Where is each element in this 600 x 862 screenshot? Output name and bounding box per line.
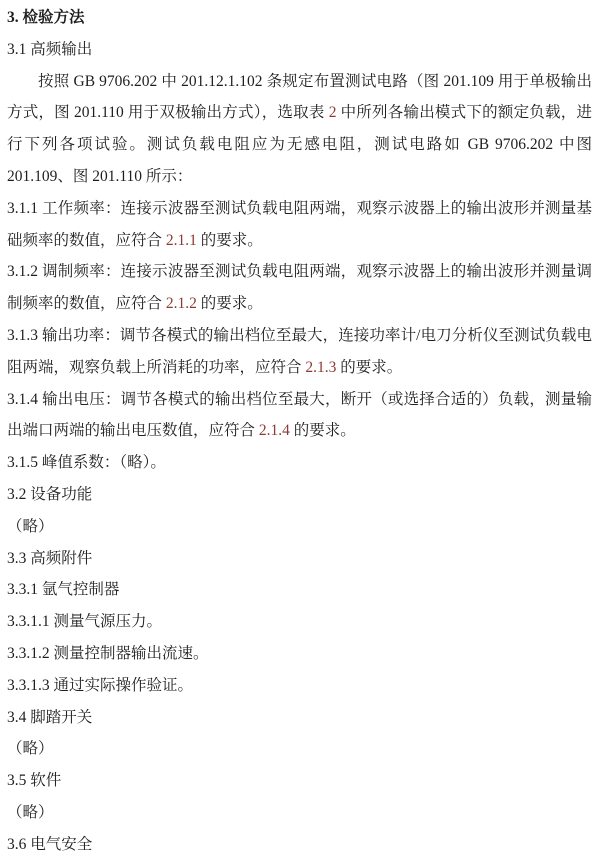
text-segment: 3.3 高频附件 [7, 550, 92, 567]
text-segment: 的要求。 [197, 295, 263, 312]
heading-3-5: 3.5 软件 [7, 765, 592, 797]
text-segment: 3.3.1.3 通过实际操作验证。 [7, 677, 193, 694]
text-segment: 3.4 脚踏开关 [7, 709, 92, 726]
para-test-circuit: 按照 GB 9706.202 中 201.12.1.102 条规定布置测试电路（… [7, 66, 592, 193]
clause-reference: 2.1.2 [166, 295, 197, 312]
heading-3-3: 3.3 高频附件 [7, 543, 592, 575]
text-segment: （略） [7, 804, 54, 821]
text-segment: 3.1.1 工作频率：连接示波器至测试负载电阻两端，观察示波器上的输出波形并测量… [7, 200, 592, 249]
omitted-note-3: （略） [7, 797, 592, 829]
document-page: 3. 检验方法3.1 高频输出按照 GB 9706.202 中 201.12.1… [0, 0, 600, 862]
text-segment: 3.1 高频输出 [7, 41, 92, 58]
text-segment: 的要求。 [336, 359, 402, 376]
heading-3-3-1: 3.3.1 氩气控制器 [7, 574, 592, 606]
para-3-1-4: 3.1.4 输出电压：调节各模式的输出档位至最大，断开（或选择合适的）负载，测量… [7, 384, 592, 448]
text-segment: 3. 检验方法 [7, 9, 85, 26]
text-segment: 的要求。 [290, 422, 356, 439]
text-segment: （略） [7, 740, 54, 757]
text-segment: 3.1.5 峰值系数：（略）。 [7, 454, 166, 471]
para-3-1-2: 3.1.2 调制频率：连接示波器至测试负载电阻两端，观察示波器上的输出波形并测量… [7, 256, 592, 320]
text-segment: （略） [7, 518, 54, 535]
text-segment: 3.3.1.1 测量气源压力。 [7, 613, 162, 630]
para-3-3-1-1: 3.3.1.1 测量气源压力。 [7, 606, 592, 638]
text-segment: 3.6 电气安全 [7, 836, 92, 853]
text-segment: 3.3.1 氩气控制器 [7, 581, 119, 598]
para-3-1-3: 3.1.3 输出功率：调节各模式的输出档位至最大，连接功率计/电刀分析仪至测试负… [7, 320, 592, 384]
document-body: 3. 检验方法3.1 高频输出按照 GB 9706.202 中 201.12.1… [7, 2, 592, 861]
heading-3-6: 3.6 电气安全 [7, 829, 592, 861]
heading-3-4: 3.4 脚踏开关 [7, 702, 592, 734]
heading-3-2: 3.2 设备功能 [7, 479, 592, 511]
text-segment: 3.1.3 输出功率：调节各模式的输出档位至最大，连接功率计/电刀分析仪至测试负… [7, 327, 592, 376]
omitted-note-2: （略） [7, 733, 592, 765]
omitted-note-1: （略） [7, 511, 592, 543]
clause-reference: 2.1.4 [259, 422, 290, 439]
text-segment: 3.5 软件 [7, 772, 61, 789]
text-segment: 的要求。 [197, 232, 263, 249]
heading-section-3: 3. 检验方法 [7, 2, 592, 34]
para-3-1-5: 3.1.5 峰值系数：（略）。 [7, 447, 592, 479]
text-segment: 3.1.2 调制频率：连接示波器至测试负载电阻两端，观察示波器上的输出波形并测量… [7, 263, 592, 312]
heading-3-1: 3.1 高频输出 [7, 34, 592, 66]
para-3-3-1-3: 3.3.1.3 通过实际操作验证。 [7, 670, 592, 702]
clause-reference: 2.1.1 [166, 232, 197, 249]
para-3-3-1-2: 3.3.1.2 测量控制器输出流速。 [7, 638, 592, 670]
clause-reference: 2.1.3 [305, 359, 336, 376]
text-segment: 3.2 设备功能 [7, 486, 92, 503]
para-3-1-1: 3.1.1 工作频率：连接示波器至测试负载电阻两端，观察示波器上的输出波形并测量… [7, 193, 592, 257]
text-segment: 3.3.1.2 测量控制器输出流速。 [7, 645, 209, 662]
